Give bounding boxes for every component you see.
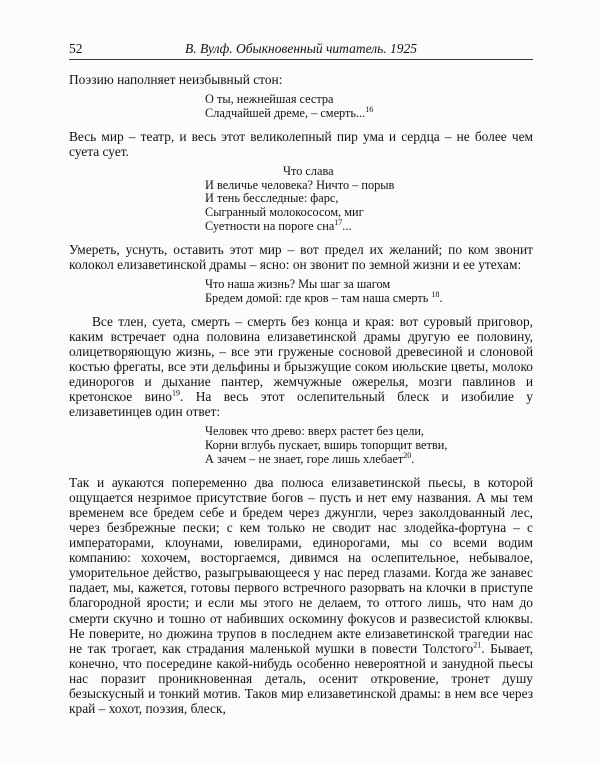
book-page: 52 В. Вулф. Обыкновенный читатель. 1925 … [0,0,600,765]
verse-line: Сладчайшей дреме, – смерть...16 [205,107,533,121]
paragraph-decay: Все тлен, суета, смерть – смерть без кон… [69,314,533,420]
body-text: Так и аукаются попеременно два полюса ел… [69,475,533,656]
text-block: 52 В. Вулф. Обыкновенный читатель. 1925 … [69,41,533,716]
verse-quote-4: Человек что древо: вверх растет без цели… [205,425,533,466]
verse-line: Что наша жизнь? Мы шаг за шагом [205,278,533,292]
verse-line: Что слава [205,165,533,179]
verse-text: Сладчайшей дреме, – смерть... [205,106,365,120]
footnote-ref-19: 19 [172,389,180,398]
footnote-ref-16: 16 [365,105,373,114]
running-header: 52 В. Вулф. Обыкновенный читатель. 1925 [69,41,533,56]
verse-line: Бредем домой: где кров – там наша смерть… [205,292,533,306]
running-title: В. Вулф. Обыкновенный читатель. 1925 [69,41,533,56]
paragraph-two-poles: Так и аукаются попеременно два полюса ел… [69,475,533,717]
verse-line: А зачем – не знает, горе лишь хлебает20. [205,453,533,467]
verse-text: Бредем домой: где кров – там наша смерть [205,291,431,305]
verse-text: . [411,452,414,466]
verse-line: И тень бесследные: фарс, [205,192,533,206]
verse-line: Человек что древо: вверх растет без цели… [205,425,533,439]
paragraph-intro: Поэзию наполняет неизбывный стон: [69,72,533,87]
paragraph-die-sleep: Умереть, уснуть, оставить этот мир – вот… [69,242,533,272]
verse-quote-2: Что слава И величье человека? Ничто – по… [205,165,533,234]
verse-text: ... [342,219,351,233]
verse-text: А зачем – не знает, горе лишь хлебает [205,452,403,466]
verse-quote-1: О ты, нежнейшая сестра Сладчайшей дреме,… [205,93,533,121]
verse-line: Корни вглубь пускает, вширь топорщит вет… [205,439,533,453]
verse-line: Суетности на пороге сна17... [205,220,533,234]
verse-text: Суетности на пороге сна [205,219,334,233]
verse-line: И величье человека? Ничто – порыв [205,179,533,193]
verse-line: Сыгранный молокососом, миг [205,206,533,220]
verse-quote-3: Что наша жизнь? Мы шаг за шагом Бредем д… [205,278,533,306]
paragraph-world-theatre: Весь мир – театр, и весь этот великолепн… [69,129,533,159]
page-number: 52 [69,41,83,56]
header-rule [69,59,533,60]
verse-text: . [439,291,442,305]
